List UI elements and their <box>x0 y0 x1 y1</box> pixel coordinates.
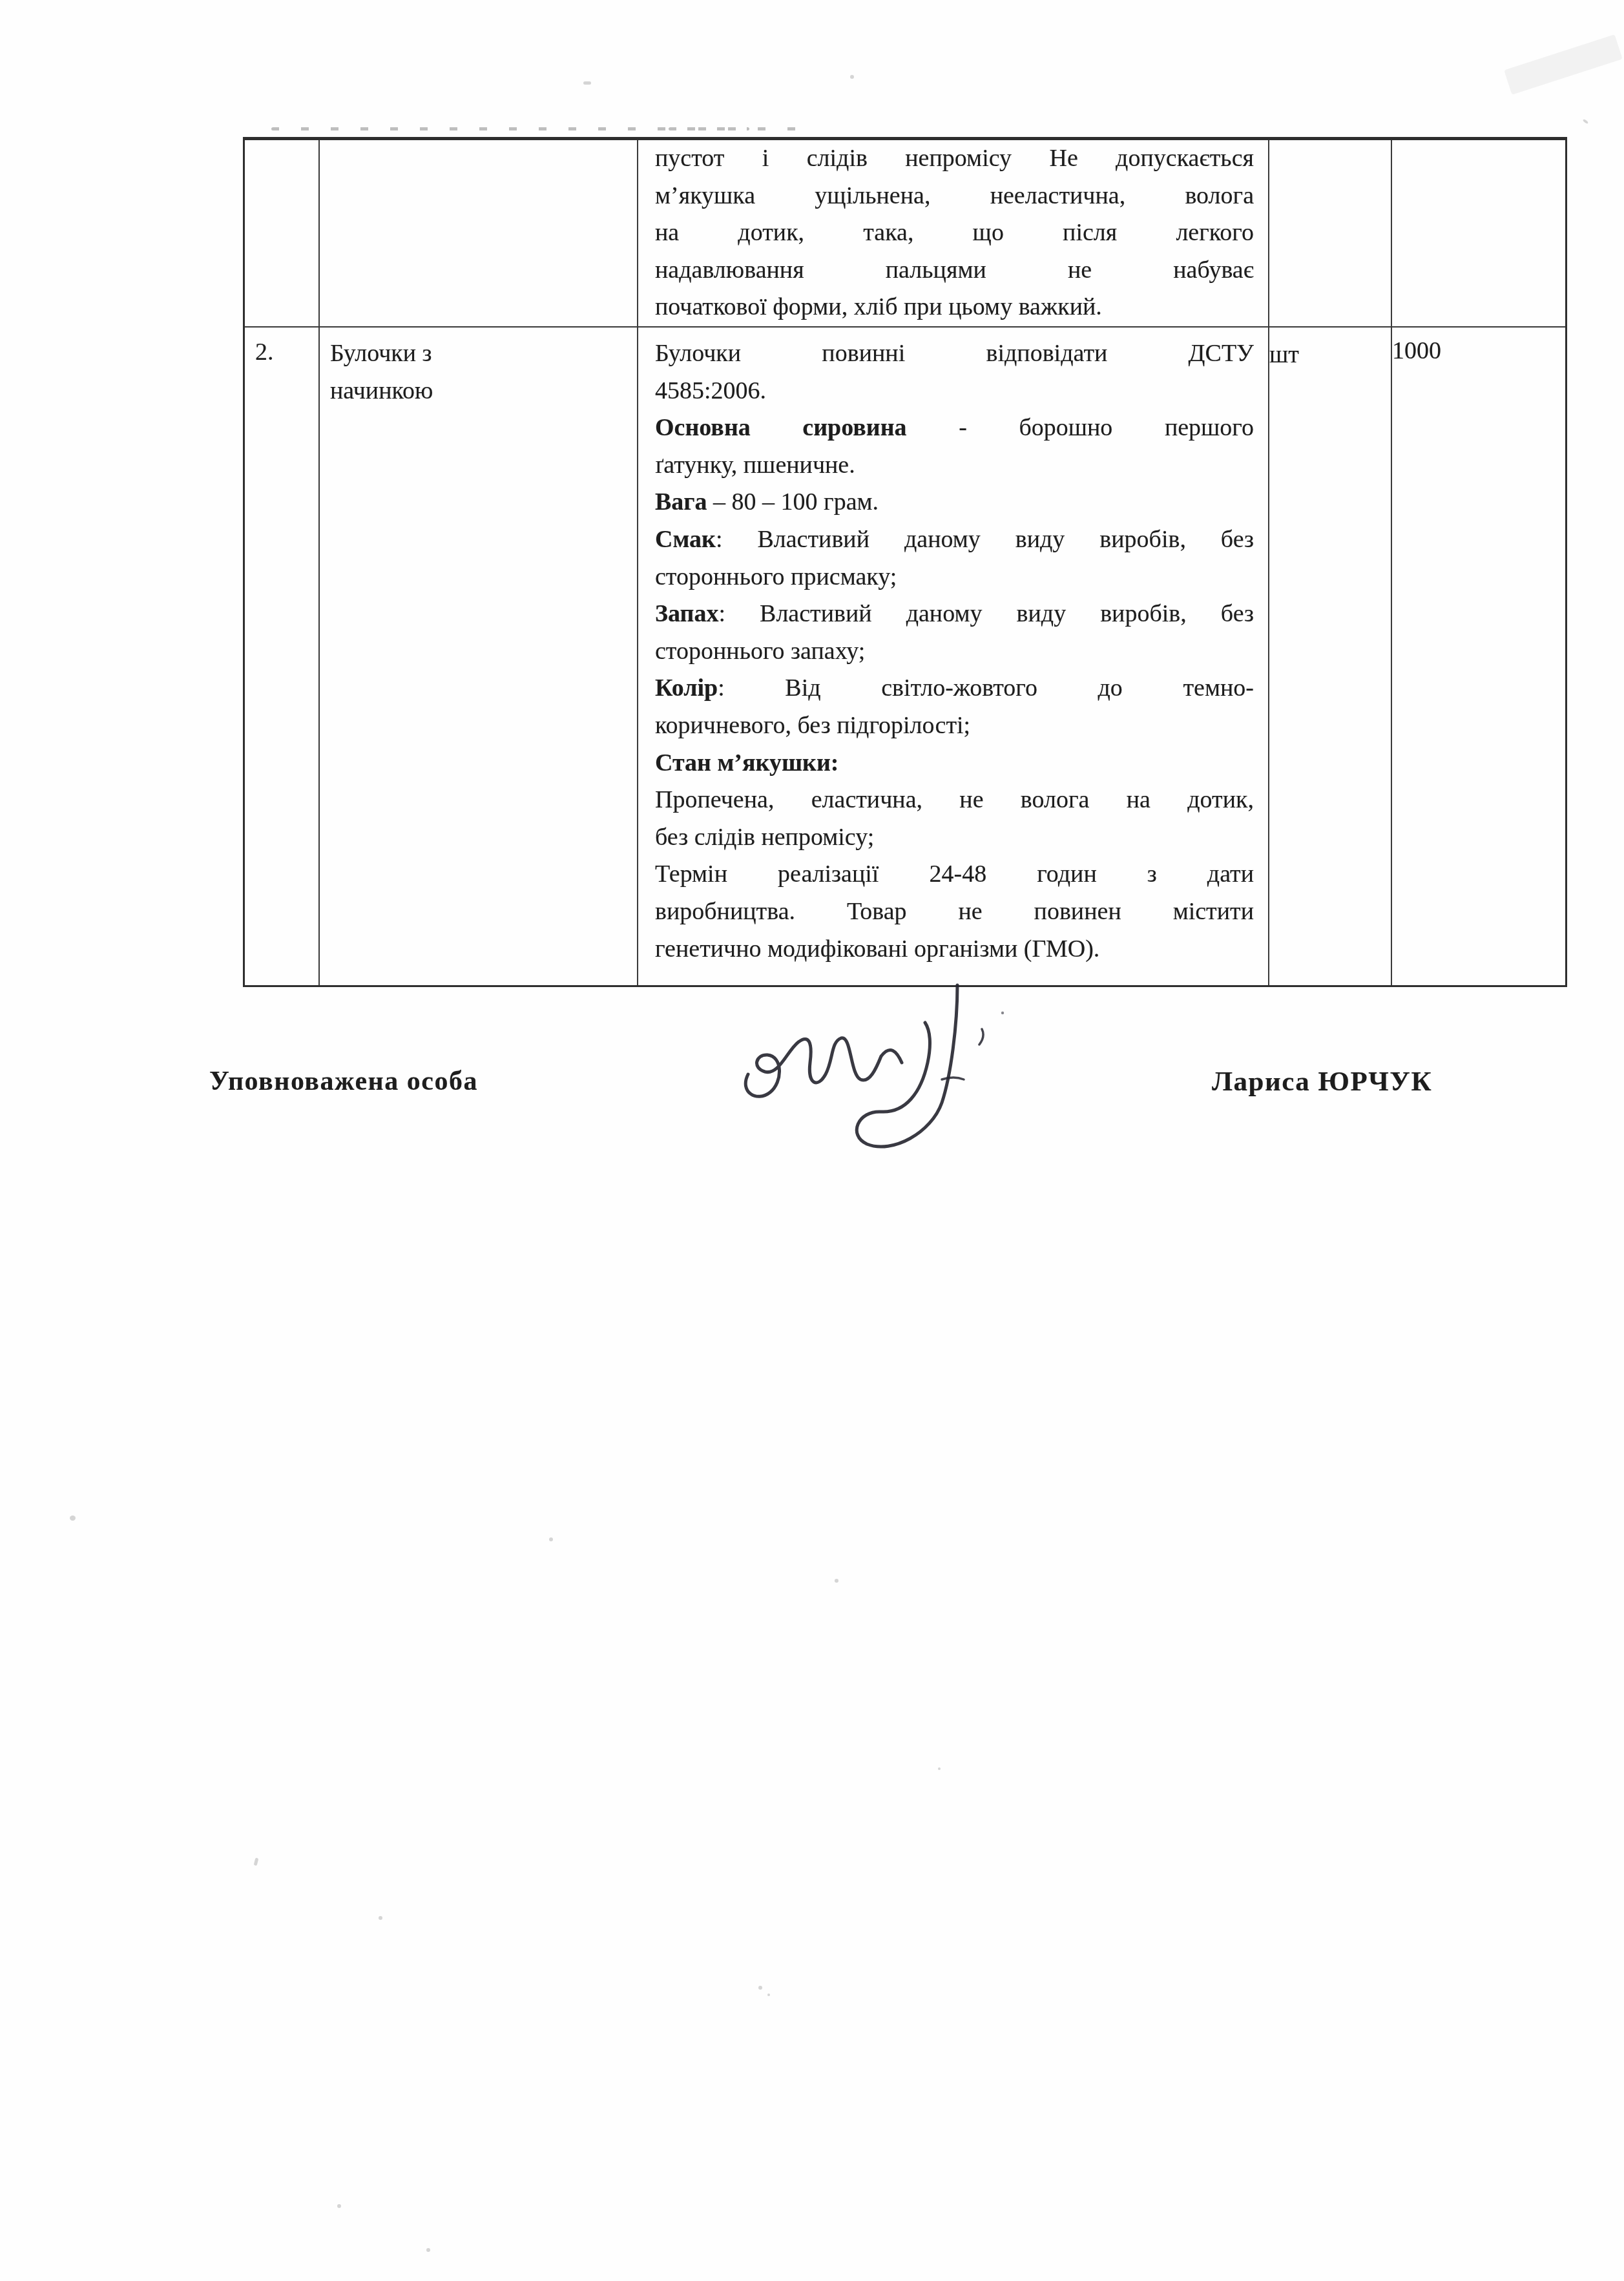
scan-speck <box>767 1994 770 1996</box>
cell-specification: пустот і слідів непромісу Не допускаєтьс… <box>638 140 1269 328</box>
text-line: Основна сировина - борошно першого <box>655 410 1254 447</box>
scan-artifact-strip <box>669 127 811 130</box>
scan-speck <box>426 2248 430 2252</box>
handwritten-signature-icon <box>724 966 1021 1172</box>
text-line: генетично модифіковані організми (ГМО). <box>655 931 1254 968</box>
text-line: виробництва. Товар не повинен містити <box>655 893 1254 931</box>
cell-unit <box>1269 140 1392 328</box>
text-line: Смак: Властивий даному виду виробів, без <box>655 521 1254 559</box>
text-line: Запах: Властивий даному виду виробів, бе… <box>655 596 1254 633</box>
scan-speck <box>835 1579 838 1583</box>
text-line: стороннього присмаку; <box>655 559 1254 596</box>
scan-smudge <box>1504 34 1623 95</box>
cell-number: 2. <box>245 328 320 985</box>
text-line: надавлювання пальцями не набуває <box>655 252 1254 289</box>
cell-item-name: Булочки значинкою <box>320 328 638 985</box>
text-line: Булочки повинні відповідати ДСТУ <box>655 335 1254 373</box>
text-line: Термін реалізації 24-48 годин з дати <box>655 856 1254 893</box>
text-line: стороннього запаху; <box>655 633 1254 671</box>
scan-speck <box>549 1537 553 1541</box>
scan-speck <box>379 1916 382 1920</box>
text-line: ґатунку, пшеничне. <box>655 447 1254 484</box>
cell-quantity <box>1392 140 1565 328</box>
scan-speck <box>758 1986 762 1990</box>
spec-table: пустот і слідів непромісу Не допускаєтьс… <box>243 137 1567 987</box>
scan-speck <box>938 1767 941 1770</box>
text-line: м’якушка ущільнена, нееластична, волога <box>655 178 1254 215</box>
text-line: Стан м’якушки: <box>655 745 1254 782</box>
cell-specification: Булочки повинні відповідати ДСТУ4585:200… <box>638 328 1269 985</box>
text-line: Вага – 80 – 100 грам. <box>655 484 1254 521</box>
scan-speck <box>70 1515 76 1521</box>
text-line: шт <box>1269 337 1391 374</box>
text-line: коричневого, без підгорілості; <box>655 707 1254 745</box>
text-line: Пропечена, еластична, не волога на дотик… <box>655 782 1254 819</box>
cell-item-name <box>320 140 638 328</box>
cell-number <box>245 140 320 328</box>
scan-speck <box>337 2204 341 2208</box>
text-line: без слідів непромісу; <box>655 819 1254 857</box>
text-line: 4585:2006. <box>655 373 1254 410</box>
text-line: 2. <box>255 334 318 371</box>
text-line: 1000 <box>1392 333 1565 370</box>
text-line: начинкою <box>330 373 629 410</box>
scan-speck <box>583 81 591 85</box>
authorized-person-label: Уповноважена особа <box>209 1066 478 1097</box>
scan-speck <box>254 1858 259 1866</box>
scan-speck <box>1583 119 1589 125</box>
signatory-name: Лариса ЮРЧУК <box>1212 1066 1432 1098</box>
scan-speck <box>850 75 854 79</box>
text-line: Булочки з <box>330 335 629 373</box>
text-line: на дотик, така, що після легкого <box>655 214 1254 252</box>
text-line: Колір: Від світло-жовтого до темно- <box>655 670 1254 707</box>
text-line: початкової форми, хліб при цьому важкий. <box>655 289 1254 326</box>
document-page: пустот і слідів непромісу Не допускаєтьс… <box>0 0 1624 2281</box>
text-line: пустот і слідів непромісу Не допускаєтьс… <box>655 140 1254 178</box>
cell-quantity: 1000 <box>1392 328 1565 985</box>
cell-unit: шт <box>1269 328 1392 985</box>
